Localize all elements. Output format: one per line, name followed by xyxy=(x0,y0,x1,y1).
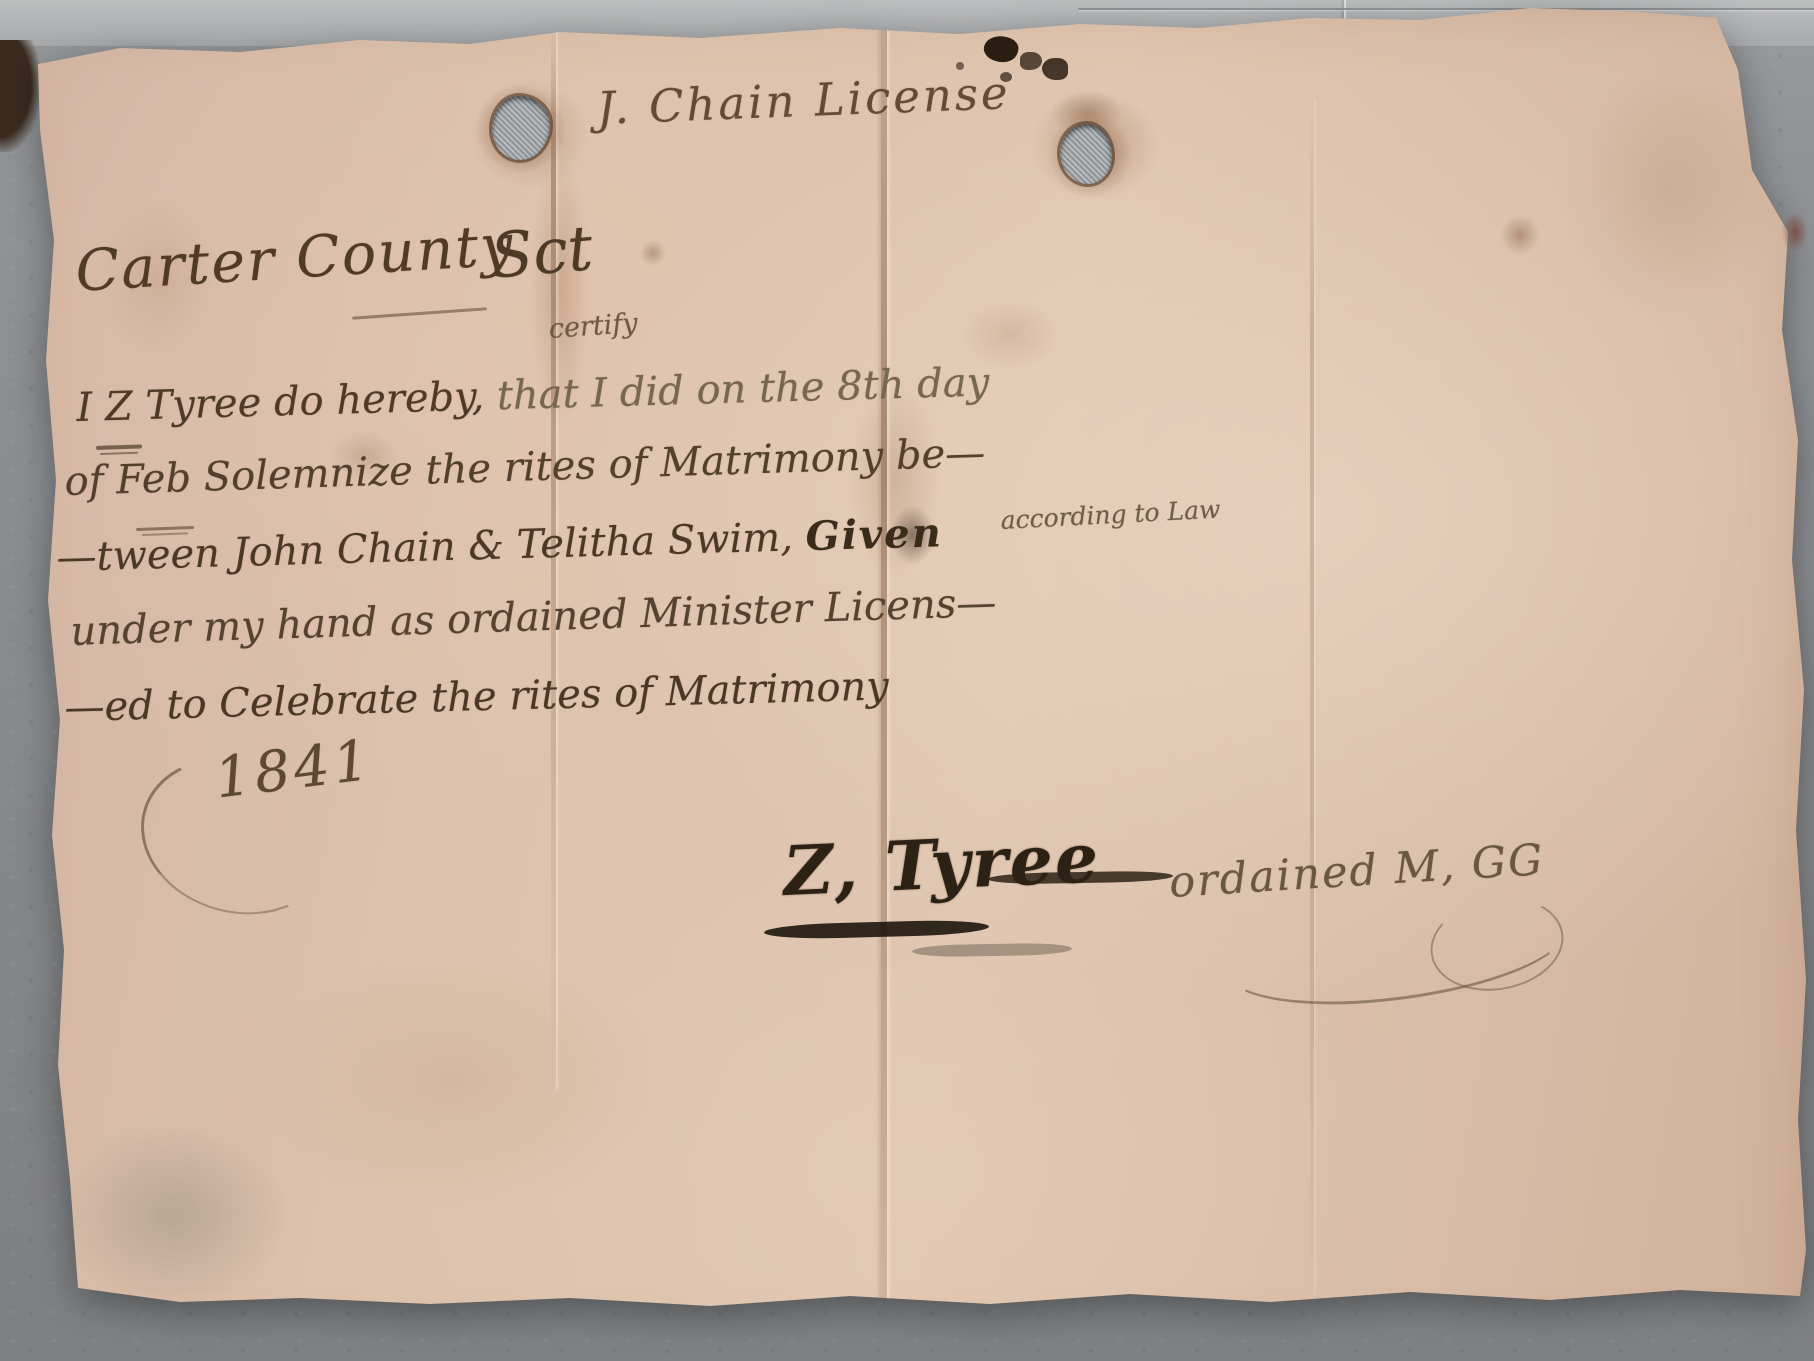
body-line-5: —ed to Celebrate the rites of Matrimony xyxy=(64,666,889,728)
ink-blot xyxy=(1042,58,1068,80)
body-line-1: I Z Tyree do hereby, that I did on the 8… xyxy=(76,363,990,428)
body-line-3-given-word: Given xyxy=(805,509,943,560)
punch-hole-left xyxy=(492,96,550,160)
heading-county: Carter County xyxy=(74,217,516,301)
red-brown-spot-right-edge xyxy=(1782,212,1808,252)
underline-initial-z xyxy=(96,444,142,450)
heading-flourish-line xyxy=(352,307,487,319)
inserted-phrase-according-to-law: according to Law xyxy=(1000,496,1221,532)
photograph-of-document: J. Chain License Carter County Sct certi… xyxy=(0,0,1814,1361)
document-title: J. Chain License xyxy=(596,70,1011,131)
body-line-1-faded-segment: that I did on the 8th day xyxy=(496,360,990,420)
underline-feb xyxy=(136,526,194,531)
signature-name: Z, Tyree xyxy=(782,824,1101,906)
fold-crease-right xyxy=(1310,100,1314,1295)
signature-smudge-stroke xyxy=(912,943,1072,958)
signature-underline-stroke xyxy=(764,919,989,940)
punch-hole-right xyxy=(1060,124,1112,184)
body-line-4: under my hand as ordained Minister Licen… xyxy=(70,583,997,652)
ink-blot xyxy=(1020,52,1042,70)
body-line-1-dark-segment: I Z Tyree do hereby, xyxy=(76,373,498,431)
fold-crease-center xyxy=(881,18,887,1303)
underline-initial-z xyxy=(100,452,138,455)
ink-blot xyxy=(981,32,1021,66)
inserted-word-certify: certify xyxy=(548,310,638,343)
paper-sheet: J. Chain License Carter County Sct certi… xyxy=(0,0,1814,1361)
document-paper: J. Chain License Carter County Sct certi… xyxy=(0,0,1814,1361)
body-line-3-text: —tween John Chain & Telitha Swim, xyxy=(56,514,806,581)
year: 1841 xyxy=(212,733,376,808)
body-line-3: —tween John Chain & Telitha Swim, Given xyxy=(56,513,943,578)
heading-sct-abbreviation: Sct xyxy=(488,217,595,288)
body-line-2: of Feb Solemnize the rites of Matrimony … xyxy=(64,433,986,502)
